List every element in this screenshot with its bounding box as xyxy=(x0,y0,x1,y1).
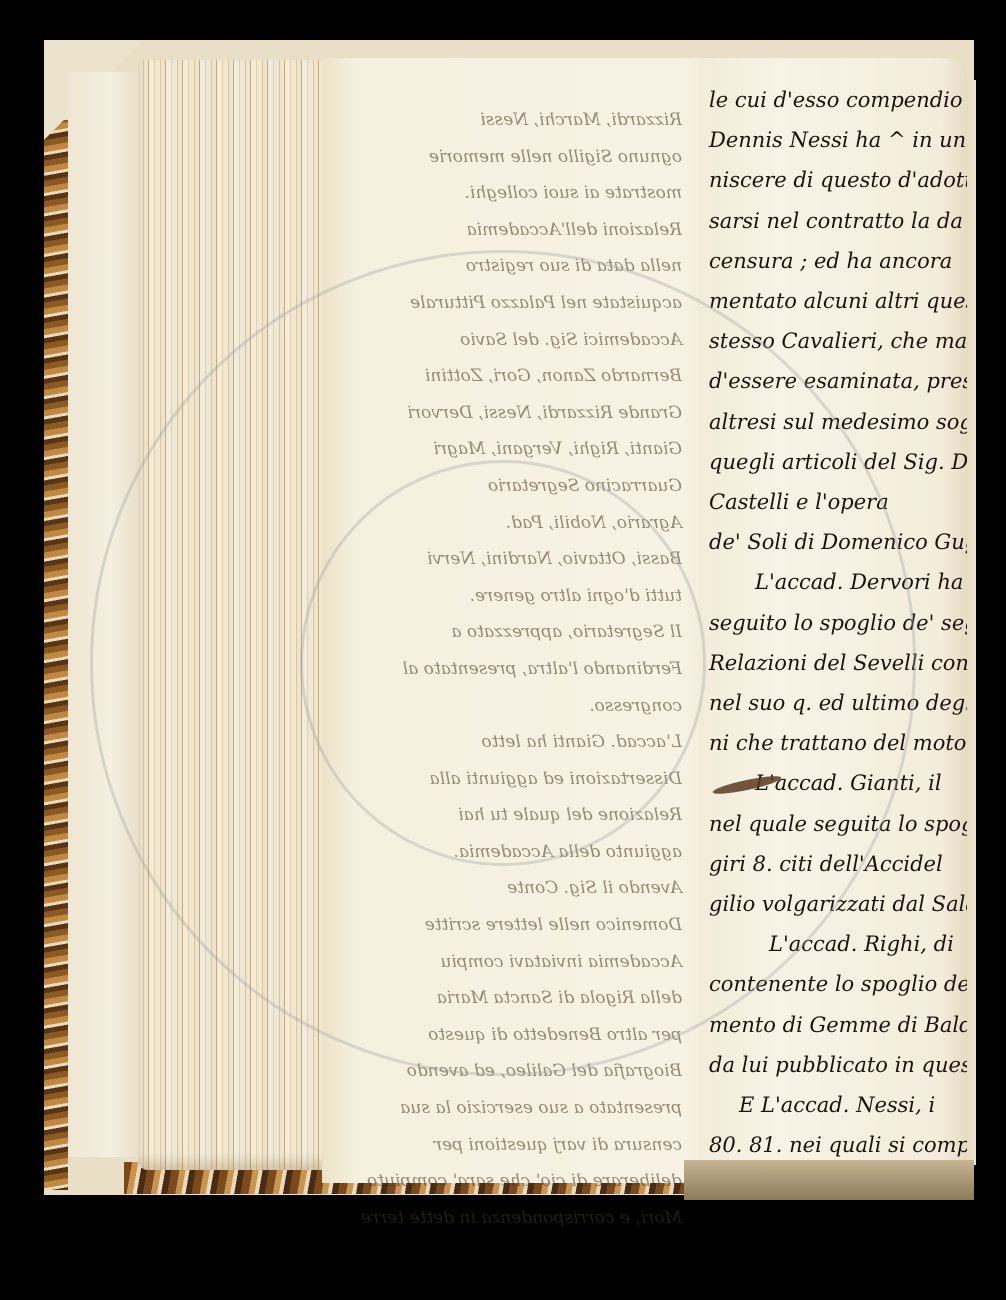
manuscript-line: nel quale seguita lo spoglio xyxy=(709,804,967,844)
manuscript-line: Relazioni del Sevelli con xyxy=(709,643,967,683)
manuscript-line: censura ; ed ha ancora xyxy=(709,241,967,281)
bleedthrough-line: Bassi, Ottavio, Nardini, Nervi xyxy=(336,541,682,578)
bleedthrough-line: Relazione del quale tu hai xyxy=(336,797,682,834)
bleedthrough-line: presentato a suo esercizio la sua xyxy=(336,1090,682,1127)
manuscript-line: quegli articoli del Sig. D. Benedetto xyxy=(709,442,967,482)
manuscript-line: nel suo q. ed ultimo degli xyxy=(709,683,967,723)
bleedthrough-line: Guarracino Segretario xyxy=(336,468,682,505)
bleedthrough-line: aggiunto della Accademia. xyxy=(336,834,682,871)
manuscript-line: mento di Gemme di Baldo xyxy=(709,1005,967,1045)
manuscript-line: seguito lo spoglio de' seguenti xyxy=(709,603,967,643)
verso-page: Rizzardi, Marchi, Nessiognuno Sigillo ne… xyxy=(322,58,722,1183)
bleedthrough-line: Grande Rizzardi, Nessi, Dervori xyxy=(336,395,682,432)
bleedthrough-line: acquistate nel Palazzo Pitturale xyxy=(336,285,682,322)
manuscript-line: de' Soli di Domenico Guglielmi. xyxy=(709,522,967,562)
bleedthrough-line: Avendo il Sig. Conte xyxy=(336,870,682,907)
manuscript-line: giri 8. citi dell'Accidel xyxy=(709,844,967,884)
manuscript-line: L'accad. Righi, di xyxy=(709,924,967,964)
manuscript-volume: Rizzardi, Marchi, Nessiognuno Sigillo ne… xyxy=(44,40,976,1255)
manuscript-line: E L'accad. Nessi, i xyxy=(709,1085,967,1125)
manuscript-line: Castelli e l'opera xyxy=(709,482,967,522)
bleedthrough-line: per altro Benedetto di questo xyxy=(336,1017,682,1054)
recto-page: le cui d'esso compendioDennis Nessi ha ^… xyxy=(699,58,967,1163)
bleedthrough-line: Biografia del Galileo, ed avendo xyxy=(336,1053,682,1090)
marbled-board-spine-edge xyxy=(44,120,68,1190)
manuscript-line: contenente lo spoglio del Tr xyxy=(709,964,967,1004)
bleedthrough-line: nella data di suo registro xyxy=(336,248,682,285)
bleedthrough-line: congresso. xyxy=(336,688,682,725)
bleedthrough-line: Mori, e corrispondenza in dette terre xyxy=(336,1200,682,1237)
manuscript-line: niscere di questo d'adotti xyxy=(709,160,967,200)
bleedthrough-line: Bernardo Zanon, Gori, Zottini xyxy=(336,358,682,395)
handwritten-text: le cui d'esso compendioDennis Nessi ha ^… xyxy=(699,58,967,1163)
manuscript-line: sarsi nel contratto la da xyxy=(709,201,967,241)
manuscript-line: ni che trattano del moto dell xyxy=(709,723,967,763)
manuscript-line: d'essere esaminata, presenta xyxy=(709,361,967,401)
manuscript-line: altresi sul medesimo sog xyxy=(709,402,967,442)
bleedthrough-line: Ferdinando l'altra, presentato al xyxy=(336,651,682,688)
bleedthrough-line: deliberare di cio' che sara' compiuto xyxy=(336,1163,682,1200)
manuscript-line: stesso Cavalieri, che mai xyxy=(709,321,967,361)
manuscript-line: mentato alcuni altri quesiti xyxy=(709,281,967,321)
bleedthrough-line: Accademia inviatavi compiu xyxy=(336,944,682,981)
bleedthrough-line: Il Segretario, apprezzato a xyxy=(336,614,682,651)
bottom-shadow xyxy=(684,1160,974,1200)
bleedthrough-text: Rizzardi, Marchi, Nessiognuno Sigillo ne… xyxy=(322,58,722,1183)
page-edges-stack xyxy=(138,60,328,1170)
flyleaf xyxy=(68,72,140,1157)
manuscript-line: gilio volgarizzati dal Sala xyxy=(709,884,967,924)
bleedthrough-line: tutti d'ogni altro genere. xyxy=(336,578,682,615)
manuscript-line: le cui d'esso compendio xyxy=(709,80,967,120)
manuscript-line: L'accad. Dervori ha xyxy=(709,562,967,602)
bleedthrough-line: L'accad. Gianti ha letto xyxy=(336,724,682,761)
bleedthrough-line: Agrario, Nobili, Pad. xyxy=(336,505,682,542)
bleedthrough-line: della Rigola di Sancta Maria xyxy=(336,980,682,1017)
bleedthrough-line: censura di varj questioni per xyxy=(336,1127,682,1164)
manuscript-line: Dennis Nessi ha ^ in un suo lodevole ^ p… xyxy=(709,120,967,160)
bleedthrough-line: Accademici Sig. del Savio xyxy=(336,322,682,359)
manuscript-line: 80. 81. nei quali si comp xyxy=(709,1125,967,1163)
bleedthrough-line: ognuno Sigillo nelle memorie xyxy=(336,139,682,176)
bleedthrough-line: mostrate ai suoi colleghi. xyxy=(336,175,682,212)
bleedthrough-line: Domenico nelle lettere scritte xyxy=(336,907,682,944)
manuscript-line: da lui pubblicato in questo xyxy=(709,1045,967,1085)
bleedthrough-line: Gianti, Righi, Vergani, Magri xyxy=(336,431,682,468)
bleedthrough-line: Rizzardi, Marchi, Nessi xyxy=(336,102,682,139)
bleedthrough-line: Dissertazioni ed aggiunti alla xyxy=(336,761,682,798)
bleedthrough-line: Relazioni dell'Accademia xyxy=(336,212,682,249)
